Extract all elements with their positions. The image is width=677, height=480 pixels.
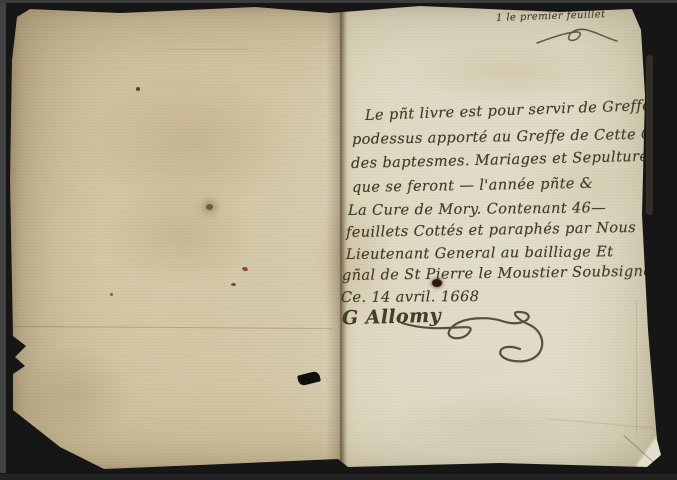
scanner-frame-top xyxy=(0,0,677,3)
red-stain-speck xyxy=(231,283,236,286)
manuscript-line: feuillets Cottés et paraphés par Nous xyxy=(346,220,636,241)
ink-speck xyxy=(206,204,213,210)
manuscript-line: Lieutenant General au bailliage Et xyxy=(346,244,614,263)
paper-sheet: 1 le premier feuillet Le pñt livre est p… xyxy=(10,5,662,472)
ink-speck xyxy=(110,293,113,296)
ink-speck xyxy=(136,87,140,91)
manuscript-line: La Cure de Mory. Contenant 46— xyxy=(348,200,606,219)
manuscript-line: gñal de St Pierre le Moustier Soubsigné xyxy=(342,264,653,284)
signature-paraph-icon xyxy=(398,303,568,385)
manuscript-scan: 1 le premier feuillet Le pñt livre est p… xyxy=(0,0,677,480)
underlying-page-edge xyxy=(646,55,653,215)
manuscript-line: des baptesmes. Mariages et Sepultures xyxy=(351,149,657,172)
stain xyxy=(65,160,295,310)
manuscript-line: podessus apporté au Greffe de Cette Cour xyxy=(352,126,677,148)
crease-line xyxy=(168,49,248,50)
manuscript-line: que se feront — l'année pñte & xyxy=(352,176,593,196)
scanner-frame-bottom xyxy=(0,474,677,480)
manuscript-text-block: Le pñt livre est pour servir de Greffe p… xyxy=(340,5,658,472)
stain xyxy=(0,325,155,465)
manuscript-line: Le pñt livre est pour servir de Greffe xyxy=(365,98,652,124)
scanner-frame-left xyxy=(0,3,6,473)
